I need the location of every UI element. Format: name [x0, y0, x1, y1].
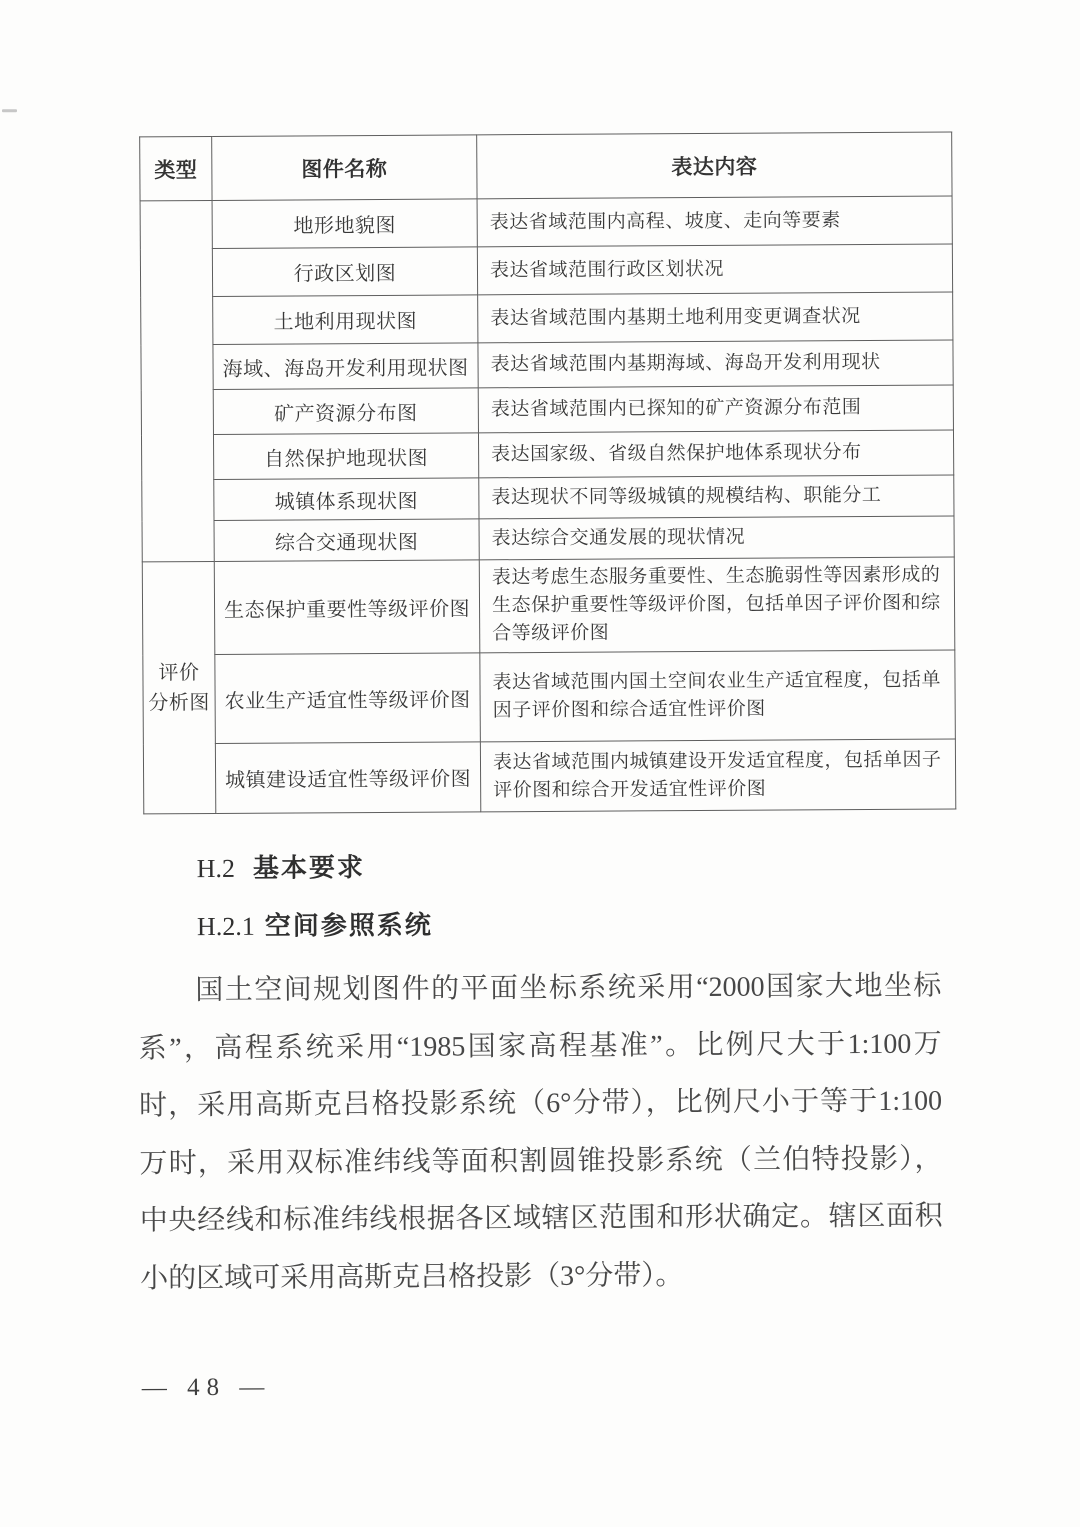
map-name: 城镇体系现状图 [214, 478, 479, 521]
map-content: 表达考虑生态服务重要性、生态脆弱性等因素形成的生态保护重要性等级评价图，包括单因… [479, 557, 955, 653]
table-row: 行政区划图 表达省域范围行政区划状况 [140, 244, 952, 297]
page-number: — 48 — [142, 1374, 272, 1403]
map-content: 表达省域范围内城镇建设开发适宜程度，包括单因子评价图和综合开发适宜性评价图 [480, 739, 955, 812]
type-label-line: 评价 [145, 657, 212, 687]
map-types-table: 类型 图件名称 表达内容 地形地貌图 表达省域范围内高程、坡度、走向等要素 行政… [139, 131, 956, 814]
map-name: 矿产资源分布图 [213, 388, 478, 435]
type-cell-evaluation: 评价 分析图 [142, 561, 216, 813]
paragraph-line: 小的区域可采用高斯克吕格投影（3°分带）。 [140, 1245, 943, 1307]
body-paragraph: 国土空间规划图件的平面坐标系统采用“2000国家大地坐标 系”，高程系统采用“1… [138, 958, 943, 1308]
table-row: 自然保护地现状图 表达国家级、省级自然保护地体系现状分布 [141, 430, 953, 480]
paragraph-line: 时，采用高斯克吕格投影系统（6°分带），比例尺小于等于1:100 [139, 1073, 942, 1135]
section-number: H.2 [197, 854, 235, 883]
map-content: 表达现状不同等级城镇的规模结构、职能分工 [479, 475, 954, 519]
map-name: 行政区划图 [212, 247, 477, 297]
table-header-type: 类型 [140, 136, 212, 200]
map-content: 表达省域范围内国土空间农业生产适宜程度，包括单因子评价图和综合适宜性评价图 [480, 650, 956, 742]
table-row: 城镇建设适宜性等级评价图 表达省域范围内城镇建设开发适宜程度，包括单因子评价图和… [143, 739, 955, 814]
paragraph-line: 中央经线和标准纬线根据各区域辖区范围和形状确定。辖区面积 [140, 1188, 943, 1250]
map-content: 表达省域范围行政区划状况 [477, 244, 952, 295]
map-content: 表达省域范围内高程、坡度、走向等要素 [477, 196, 952, 247]
map-content: 表达省域范围内基期土地利用变更调查状况 [478, 292, 953, 343]
map-name: 海域、海岛开发利用现状图 [213, 343, 478, 390]
paragraph-line: 系”，高程系统采用“1985国家高程基准”。比例尺大于1:100万 [139, 1015, 942, 1077]
section-number: H.2.1 [197, 912, 255, 941]
type-label-line: 分析图 [146, 687, 213, 717]
table-row: 地形地貌图 表达省域范围内高程、坡度、走向等要素 [140, 196, 952, 249]
type-cell-blank [140, 200, 214, 561]
table-row: 土地利用现状图 表达省域范围内基期土地利用变更调查状况 [141, 292, 953, 345]
table-header-content: 表达内容 [477, 132, 952, 199]
map-name: 城镇建设适宜性等级评价图 [215, 742, 480, 814]
map-name: 综合交通现状图 [214, 519, 479, 562]
map-content: 表达综合交通发展的现状情况 [479, 516, 954, 560]
section-heading-h2: H.2基本要求 [197, 847, 366, 885]
map-name: 土地利用现状图 [213, 295, 478, 345]
map-content: 表达国家级、省级自然保护地体系现状分布 [478, 430, 953, 478]
document-page: 类型 图件名称 表达内容 地形地貌图 表达省域范围内高程、坡度、走向等要素 行政… [0, 0, 1080, 1527]
map-name: 地形地貌图 [212, 199, 477, 249]
table-header-name: 图件名称 [212, 135, 477, 201]
section-title: 空间参照系统 [265, 910, 433, 941]
paragraph-line: 万时，采用双标准纬线等面积割圆锥投影系统（兰伯特投影）， [139, 1130, 942, 1192]
table-row: 矿产资源分布图 表达省域范围内已探知的矿产资源分布范围 [141, 385, 953, 435]
map-name: 生态保护重要性等级评价图 [214, 560, 480, 655]
table-header-row: 类型 图件名称 表达内容 [140, 132, 952, 201]
table-row: 综合交通现状图 表达综合交通发展的现状情况 [142, 516, 954, 562]
table-row: 农业生产适宜性等级评价图 表达省域范围内国土空间农业生产适宜程度，包括单因子评价… [143, 650, 956, 744]
table-row: 海域、海岛开发利用现状图 表达省域范围内基期海域、海岛开发利用现状 [141, 340, 953, 390]
map-content: 表达省域范围内已探知的矿产资源分布范围 [478, 385, 953, 433]
paragraph-line: 国土空间规划图件的平面坐标系统采用“2000国家大地坐标 [138, 958, 941, 1020]
map-content: 表达省域范围内基期海域、海岛开发利用现状 [478, 340, 953, 388]
section-heading-h21: H.2.1空间参照系统 [197, 905, 433, 943]
map-name: 农业生产适宜性等级评价图 [215, 653, 481, 744]
table-row: 城镇体系现状图 表达现状不同等级城镇的规模结构、职能分工 [142, 475, 954, 521]
section-title: 基本要求 [253, 852, 365, 883]
map-name: 自然保护地现状图 [213, 433, 478, 480]
table-row: 评价 分析图 生态保护重要性等级评价图 表达考虑生态服务重要性、生态脆弱性等因素… [142, 557, 955, 655]
scan-artifact-dash [2, 109, 17, 112]
scan-content: 类型 图件名称 表达内容 地形地貌图 表达省域范围内高程、坡度、走向等要素 行政… [0, 0, 1080, 1527]
